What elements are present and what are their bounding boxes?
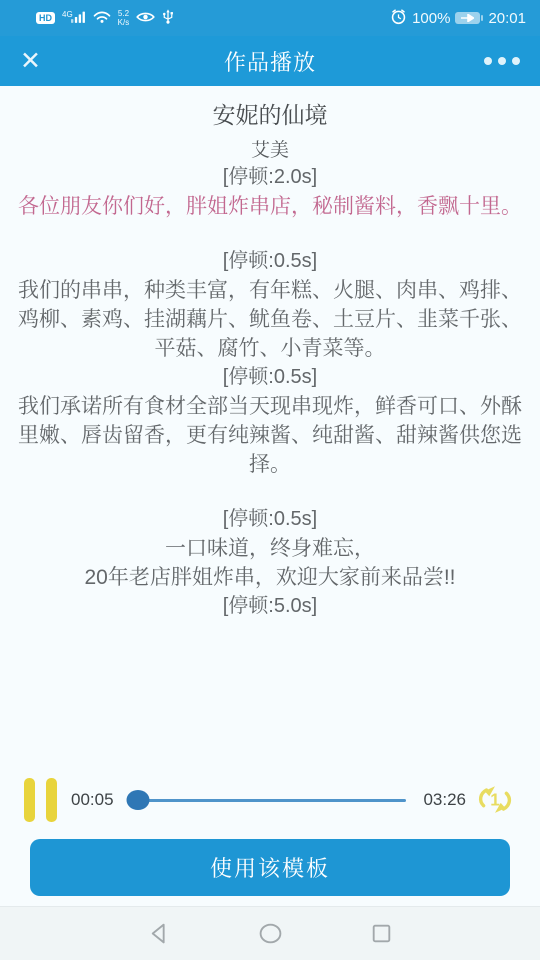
script-line: 各位朋友你们好，胖姐炸串店，秘制酱料，香飘十里。: [0, 192, 540, 221]
network-speed: 5.2 K/s: [118, 9, 130, 27]
pause-marker: [停顿:0.5s]: [0, 505, 540, 534]
script-body: [停顿:2.0s]各位朋友你们好，胖姐炸串店，秘制酱料，香飘十里。[停顿:0.5…: [0, 163, 540, 621]
script-content: 安妮的仙境 艾美 [停顿:2.0s]各位朋友你们好，胖姐炸串店，秘制酱料，香飘十…: [0, 86, 540, 765]
page-title: 作品播放: [0, 46, 540, 77]
wifi-icon: [93, 9, 111, 27]
repeat-one-icon[interactable]: 1: [474, 781, 516, 819]
clock-time: 20:01: [488, 10, 526, 27]
battery-charging-icon: [455, 12, 480, 24]
player-bar: 00:05 03:26 1: [0, 765, 540, 835]
close-icon[interactable]: ✕: [20, 49, 41, 74]
pause-button[interactable]: [24, 778, 57, 822]
script-line: 我们承诺所有食材全部当天现串现炸，鲜香可口、外酥里嫩、唇齿留香，更有纯辣酱、纯甜…: [0, 392, 540, 479]
usb-icon: [162, 8, 174, 28]
use-template-button[interactable]: 使用该模板: [30, 839, 510, 896]
more-menu-icon[interactable]: [484, 51, 520, 71]
eye-comfort-icon: [136, 10, 155, 27]
total-time: 03:26: [420, 790, 466, 810]
pause-marker: [停顿:0.5s]: [0, 247, 540, 276]
script-line: 一口味道，终身难忘，: [0, 534, 540, 563]
android-nav-bar: [0, 906, 540, 960]
slider-track: [131, 799, 406, 802]
script-line: 20年老店胖姐炸串，欢迎大家前来品尝!!: [0, 563, 540, 592]
pause-marker: [停顿:2.0s]: [0, 163, 540, 192]
progress-slider[interactable]: [131, 788, 406, 812]
alarm-icon: [390, 8, 407, 28]
status-right-group: 100% 20:01: [390, 8, 526, 28]
nav-back-icon[interactable]: [147, 921, 172, 946]
battery-percent: 100%: [412, 10, 450, 27]
current-time: 00:05: [71, 790, 117, 810]
signal-strength-icon: 4G: [62, 9, 86, 27]
hd-volte-icon: HD: [36, 12, 55, 24]
pause-marker: [停顿:0.5s]: [0, 363, 540, 392]
status-left-group: HD 4G 5.2 K/s: [36, 8, 174, 28]
nav-recents-icon[interactable]: [369, 921, 394, 946]
spacer: [0, 479, 540, 505]
nav-home-icon[interactable]: [258, 921, 283, 946]
slider-thumb[interactable]: [126, 790, 149, 810]
header-bar: ✕ 作品播放: [0, 36, 540, 86]
loop-count-label: 1: [490, 791, 500, 810]
status-bar: HD 4G 5.2 K/s 100% 20:01: [0, 0, 540, 36]
app-screen: HD 4G 5.2 K/s 100% 20:01 ✕ 作品播放 安妮的仙境 艾美: [0, 0, 540, 960]
pause-marker: [停顿:5.0s]: [0, 592, 540, 621]
spacer: [0, 221, 540, 247]
work-title: 安妮的仙境: [0, 100, 540, 130]
script-line: 我们的串串，种类丰富，有年糕、火腿、肉串、鸡排、鸡柳、素鸡、挂湖藕片、鱿鱼卷、土…: [0, 276, 540, 363]
voice-name: 艾美: [0, 139, 540, 163]
